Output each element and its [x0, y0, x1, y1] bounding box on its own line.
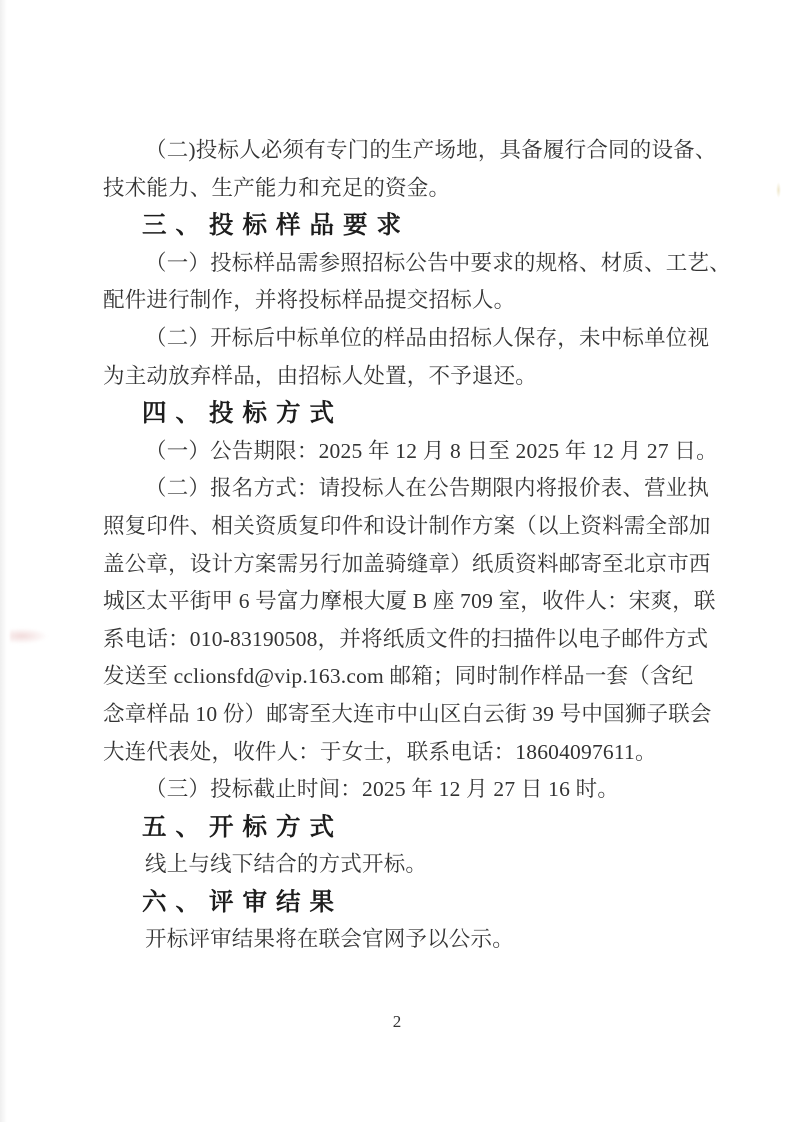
- text-line: 照复印件、相关资质复印件和设计制作方案（以上资料需全部加: [103, 508, 723, 546]
- text-line: 配件进行制作，并将投标样品提交招标人。: [103, 282, 723, 320]
- text-line: （二）开标后中标单位的样品由招标人保存，未中标单位视: [103, 320, 723, 358]
- text-line: （二)投标人必须有专门的生产场地，具备履行合同的设备、: [103, 132, 723, 170]
- scan-speck-artifact: [776, 182, 781, 198]
- text-line: （二）报名方式：请投标人在公告期限内将报价表、营业执: [103, 470, 723, 508]
- text-line: 为主动放弃样品，由招标人处置，不予退还。: [103, 358, 723, 396]
- text-line: 念章样品 10 份）邮寄至大连市中山区白云街 39 号中国狮子联会: [103, 696, 723, 734]
- text-line: 线上与线下结合的方式开标。: [103, 846, 723, 884]
- text-line: 大连代表处，收件人：于女士，联系电话：18604097611。: [103, 734, 723, 772]
- page-number: 2: [0, 1012, 794, 1032]
- document-body: （二)投标人必须有专门的生产场地，具备履行合同的设备、 技术能力、生产能力和充足…: [103, 132, 723, 959]
- scan-edge-artifact: [0, 0, 7, 1122]
- ink-smudge-artifact: [10, 628, 48, 644]
- text-line: 系电话：010-83190508，并将纸质文件的扫描件以电子邮件方式: [103, 621, 723, 659]
- text-line: 发送至 cclionsfd@vip.163.com 邮箱；同时制作样品一套（含纪: [103, 658, 723, 696]
- section-heading-4: 四、投标方式: [103, 395, 723, 433]
- text-line: （三）投标截止时间：2025 年 12 月 27 日 16 时。: [103, 771, 723, 809]
- document-page: （二)投标人必须有专门的生产场地，具备履行合同的设备、 技术能力、生产能力和充足…: [0, 0, 794, 1122]
- section-heading-6: 六、评审结果: [103, 884, 723, 922]
- section-heading-5: 五、开标方式: [103, 809, 723, 847]
- text-line: 盖公章，设计方案需另行加盖骑缝章）纸质资料邮寄至北京市西: [103, 546, 723, 584]
- section-heading-3: 三、投标样品要求: [103, 207, 723, 245]
- text-line: （一）公告期限：2025 年 12 月 8 日至 2025 年 12 月 27 …: [103, 433, 723, 471]
- text-line: （一）投标样品需参照招标公告中要求的规格、材质、工艺、: [103, 245, 723, 283]
- text-line: 开标评审结果将在联会官网予以公示。: [103, 921, 723, 959]
- text-line: 城区太平街甲 6 号富力摩根大厦 B 座 709 室，收件人：宋爽，联: [103, 583, 723, 621]
- text-line: 技术能力、生产能力和充足的资金。: [103, 170, 723, 208]
